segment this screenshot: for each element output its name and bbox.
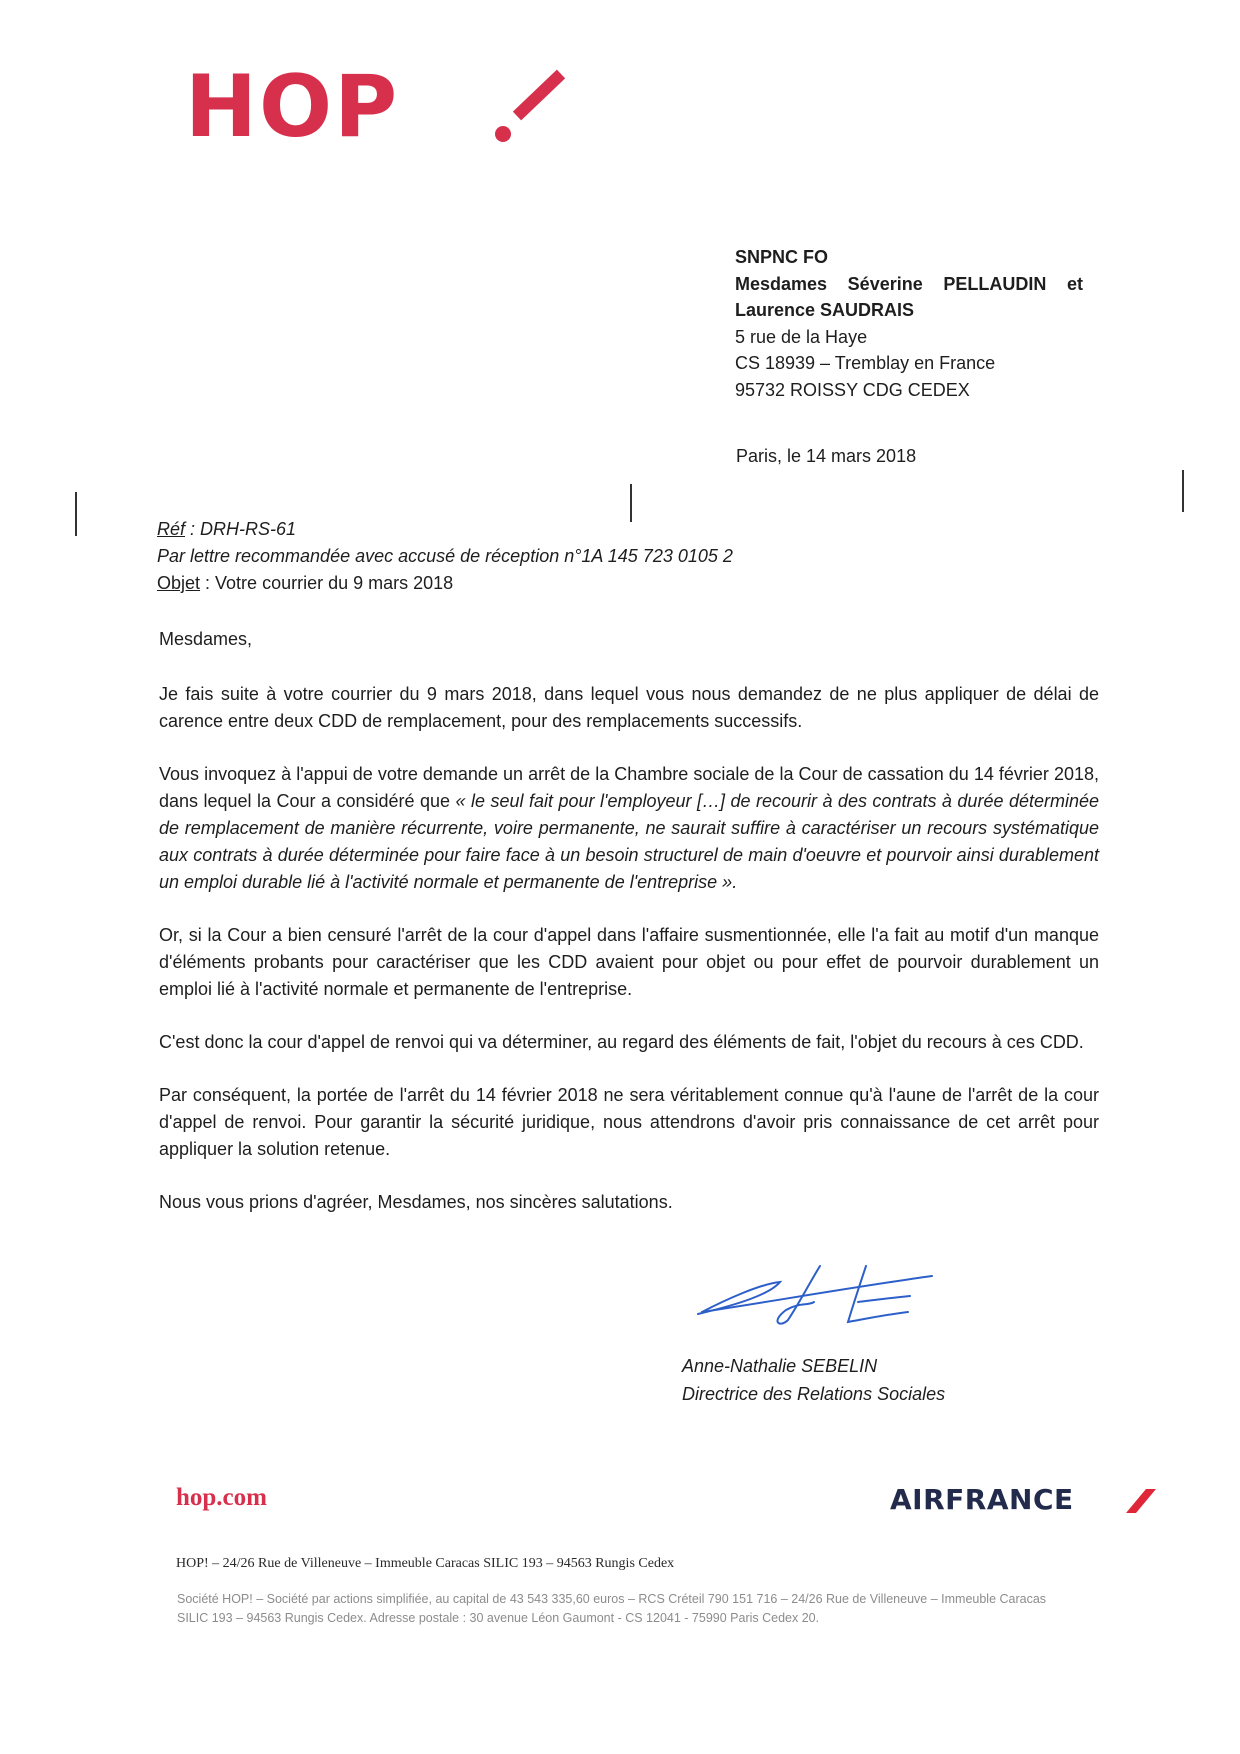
paragraph: Par conséquent, la portée de l'arrêt du … (159, 1082, 1099, 1163)
scan-mark-right (1182, 470, 1184, 512)
object-label: Objet (157, 573, 200, 593)
recipient-word: PELLAUDIN (943, 271, 1046, 298)
reference-line: Réf : DRH-RS-61 (157, 516, 733, 543)
paragraph: Or, si la Cour a bien censuré l'arrêt de… (159, 922, 1099, 1003)
hop-logo: HOP (185, 62, 399, 152)
handwritten-signature (690, 1262, 940, 1332)
hop-slash-icon (495, 64, 575, 144)
recipient-organisation: SNPNC FO (735, 244, 1095, 271)
delivery-line: Par lettre recommandée avec accusé de ré… (157, 543, 733, 570)
object-value: : Votre courrier du 9 mars 2018 (200, 573, 453, 593)
airfrance-slash-icon (1124, 1487, 1158, 1515)
paragraph: Je fais suite à votre courrier du 9 mars… (159, 681, 1099, 735)
airfrance-logo: AIRFRANCE (890, 1483, 1074, 1516)
footer-legal-line: SILIC 193 – 94563 Rungis Cedex. Adresse … (177, 1609, 1097, 1628)
recipient-word: et (1067, 271, 1083, 298)
recipient-address-line: 95732 ROISSY CDG CEDEX (735, 377, 1095, 404)
recipient-address-line: 5 rue de la Haye (735, 324, 1095, 351)
signer-name: Anne-Nathalie SEBELIN (682, 1352, 945, 1380)
paragraph: Vous invoquez à l'appui de votre demande… (159, 761, 1099, 896)
recipient-address-line: CS 18939 – Tremblay en France (735, 350, 1095, 377)
scan-mark-left (75, 492, 77, 536)
hop-logo-text: HOP (185, 62, 399, 152)
signer-block: Anne-Nathalie SEBELIN Directrice des Rel… (682, 1352, 945, 1408)
recipient-word: Mesdames (735, 271, 827, 298)
recipient-block: SNPNC FO Mesdames Séverine PELLAUDIN et … (735, 244, 1095, 403)
recipient-word: Séverine (848, 271, 923, 298)
recipient-names-line: Mesdames Séverine PELLAUDIN et (735, 271, 1083, 298)
paragraph: C'est donc la cour d'appel de renvoi qui… (159, 1029, 1099, 1056)
recipient-name-2: Laurence SAUDRAIS (735, 297, 1095, 324)
date-line: Paris, le 14 mars 2018 (736, 446, 916, 467)
object-line: Objet : Votre courrier du 9 mars 2018 (157, 570, 733, 597)
reference-value: : DRH-RS-61 (185, 519, 296, 539)
salutation: Mesdames, (159, 626, 1099, 653)
reference-block: Réf : DRH-RS-61 Par lettre recommandée a… (157, 516, 733, 597)
website-link[interactable]: hop.com (176, 1484, 267, 1512)
reference-label: Réf (157, 519, 185, 539)
footer-legal: Société HOP! – Société par actions simpl… (177, 1590, 1097, 1628)
signer-title: Directrice des Relations Sociales (682, 1380, 945, 1408)
closing-line: Nous vous prions d'agréer, Mesdames, nos… (159, 1189, 1099, 1216)
letter-body: Mesdames, Je fais suite à votre courrier… (159, 626, 1099, 1242)
footer-legal-line: Société HOP! – Société par actions simpl… (177, 1590, 1097, 1609)
footer-address: HOP! – 24/26 Rue de Villeneuve – Immeubl… (176, 1556, 674, 1572)
